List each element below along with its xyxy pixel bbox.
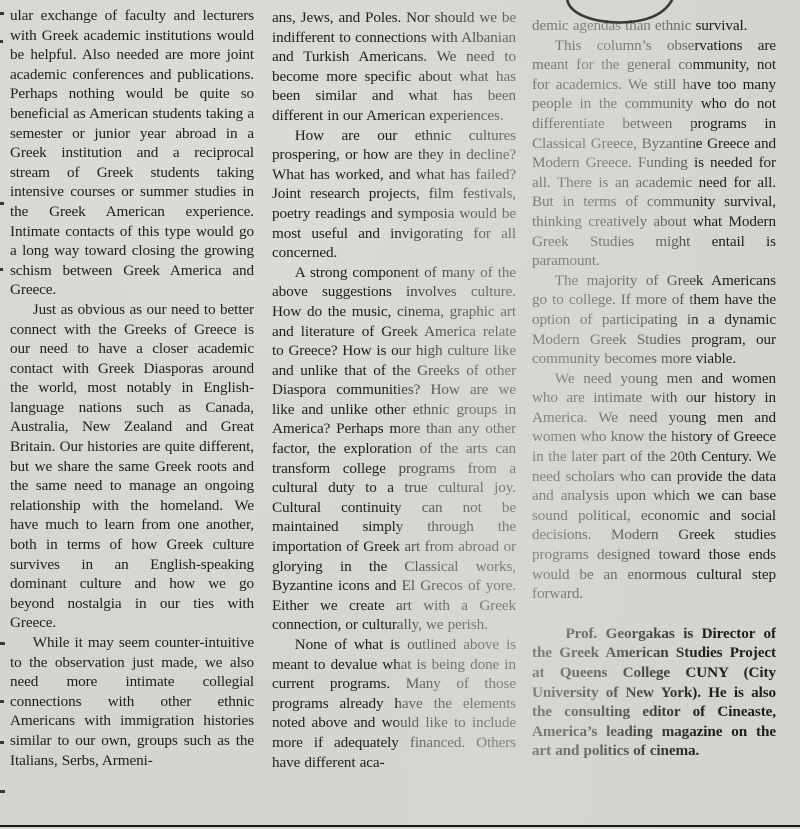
paragraph: We need young men and women who are inti…: [532, 369, 776, 604]
scan-edge-mark: [0, 202, 4, 205]
scan-edge-mark: [0, 642, 5, 645]
text-column-3: demic agendas than ethnic survival. This…: [532, 0, 776, 829]
paragraph: This column’s observations are meant for…: [532, 36, 776, 271]
paragraph: A strong component of many of the above …: [272, 263, 516, 635]
pen-circle-mark-icon: [560, 0, 686, 28]
scan-edge-mark: [0, 40, 3, 43]
text-column-2: ans, Jews, and Poles. Nor should we be i…: [272, 0, 516, 828]
paragraph: None of what is outlined above is meant …: [272, 635, 516, 772]
author-byline: Prof. Georgakas is Director of the Greek…: [532, 624, 776, 761]
paragraph: ular exchange of faculty and lecturers w…: [10, 6, 254, 300]
paragraph: ans, Jews, and Poles. Nor should we be i…: [272, 8, 516, 126]
scan-bottom-edge-line: [0, 825, 800, 827]
scan-edge-mark: [0, 268, 3, 271]
paragraph: While it may seem counter-intuitive to t…: [10, 633, 254, 770]
paragraph: How are our ethnic cultures prospering, …: [272, 126, 516, 263]
scan-edge-mark: [0, 790, 5, 793]
paragraph: The majority of Greek Americans go to co…: [532, 271, 776, 369]
scan-edge-mark: [0, 741, 4, 744]
text-column-1: ular exchange of faculty and lecturers w…: [10, 0, 254, 826]
scan-edge-mark: [0, 700, 4, 703]
paragraph: Just as obvious as our need to better co…: [10, 300, 254, 633]
scan-edge-mark: [0, 12, 4, 15]
scanned-page: ular exchange of faculty and lecturers w…: [0, 0, 800, 829]
